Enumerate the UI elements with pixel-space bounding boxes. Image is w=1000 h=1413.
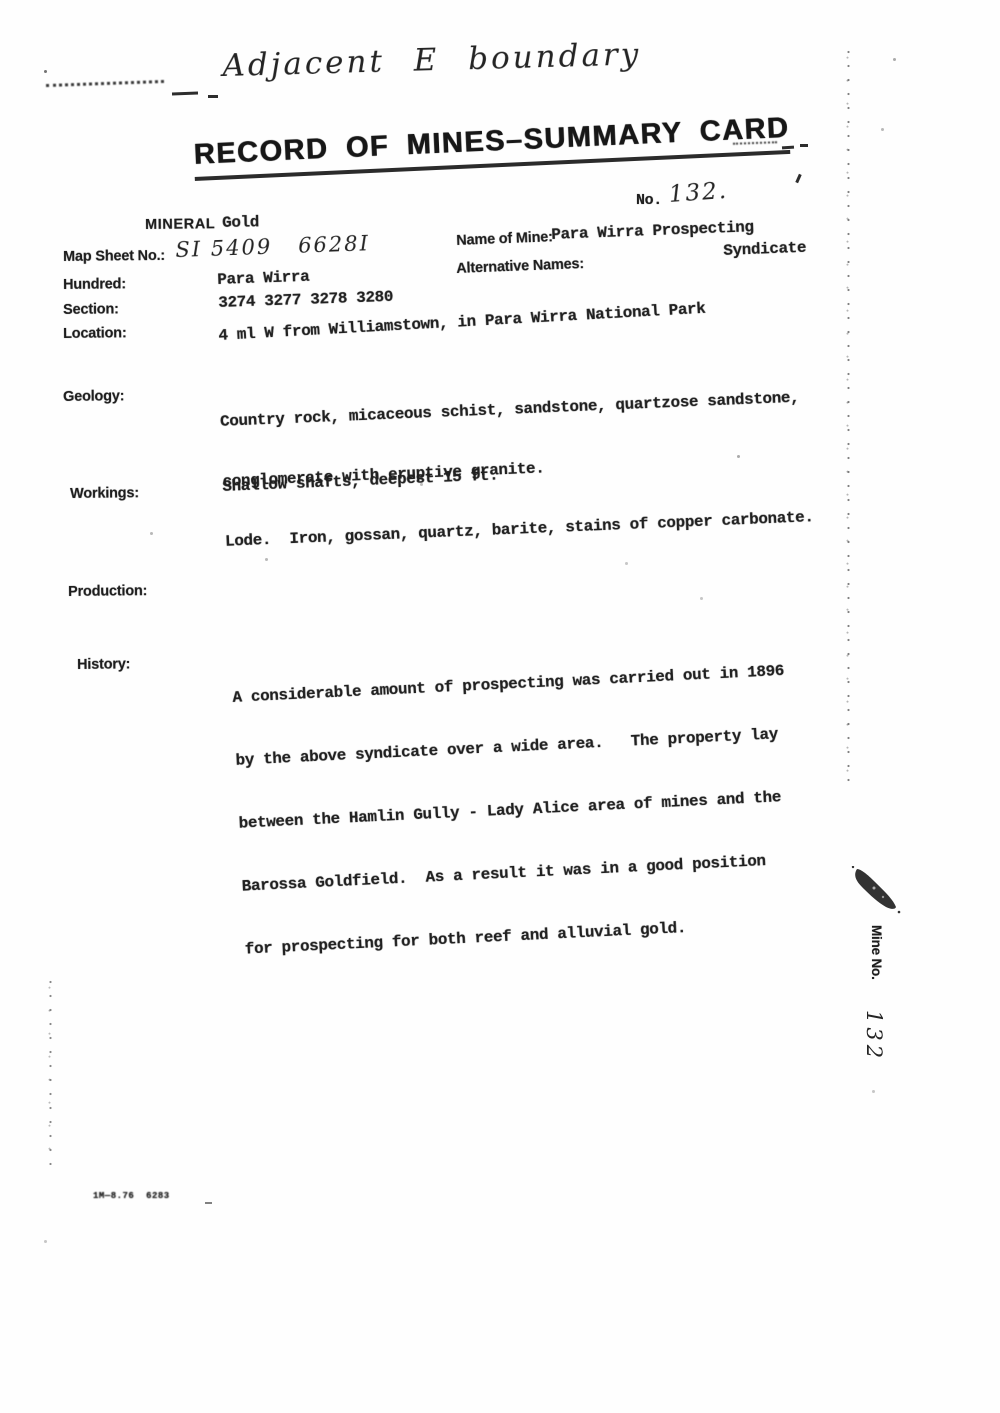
history-label: History: <box>77 656 130 673</box>
scan-speck <box>44 1240 47 1243</box>
history-line: by the above syndicate over a wide area.… <box>235 724 787 772</box>
scan-smudge-dash <box>800 144 808 147</box>
history-line: between the Hamlin Gully - Lady Alice ar… <box>238 787 790 835</box>
scan-noise-left <box>47 975 56 1165</box>
handwritten-note: Adjacent E boundary <box>222 36 642 84</box>
map-sheet-label: Map Sheet No.: <box>63 248 165 265</box>
alternative-names-label: Alternative Names: <box>456 256 584 277</box>
location-label: Location: <box>63 325 127 342</box>
scanned-mine-record-card: Adjacent E boundary RECORD OF MINES–SUMM… <box>0 0 1000 1413</box>
ink-blob <box>850 866 906 920</box>
scan-speck <box>44 70 47 73</box>
pen-dash <box>172 92 198 96</box>
name-of-mine-label: Name of Mine: <box>456 229 553 249</box>
history-line: for prospecting for both reef and alluvi… <box>244 913 796 961</box>
geology-line: Lode. Iron, gossan, quartz, barite, stai… <box>225 507 814 552</box>
production-label: Production: <box>68 583 147 600</box>
mine-no-vertical-label: Mine No. <box>869 925 884 980</box>
pen-dash <box>208 95 218 98</box>
scan-speck <box>737 455 740 458</box>
scan-speck <box>872 1090 875 1093</box>
scan-speck <box>700 597 703 600</box>
scan-smudge-dash <box>782 146 794 150</box>
history-line: Barossa Goldfield. As a result it was in… <box>241 850 793 898</box>
hundred-value: Para Wirra <box>217 268 310 289</box>
form-imprint: 1M—8.76 6283 <box>93 1191 170 1201</box>
card-number-value: 132. <box>668 178 729 208</box>
section-label: Section: <box>63 301 119 318</box>
scan-speck <box>893 58 896 61</box>
geology-label: Geology: <box>63 388 124 405</box>
geology-line: Country rock, micaceous schist, sandston… <box>220 387 809 432</box>
scan-smudge-tick <box>795 174 801 183</box>
scan-speck <box>625 562 628 565</box>
mineral-label: MINERAL <box>145 216 215 233</box>
hundred-label: Hundred: <box>63 276 126 293</box>
history-line: A considerable amount of prospecting was… <box>232 661 784 709</box>
mineral-value: Gold <box>222 213 259 232</box>
map-sheet-value: SI 5409 6628I <box>175 231 370 262</box>
name-of-mine-value: Para Wirra Prospecting <box>551 218 754 244</box>
history-value: A considerable amount of prospecting was… <box>230 619 799 1003</box>
page-title: RECORD OF MINES–SUMMARY CARD <box>193 112 790 181</box>
mine-no-vertical-value: 132 <box>862 1010 886 1062</box>
scan-noise-right <box>845 45 854 790</box>
geology-value: Country rock, micaceous schist, sandston… <box>218 347 816 591</box>
scan-speck <box>265 558 268 561</box>
scan-speck <box>150 532 153 535</box>
scan-speck <box>881 128 884 131</box>
imprint-dash <box>205 1202 212 1204</box>
pen-scribble <box>46 80 164 87</box>
workings-label: Workings: <box>70 485 139 502</box>
section-value: 3274 3277 3278 3280 <box>218 288 393 312</box>
scan-speck <box>420 483 423 486</box>
name-of-mine-value-line2: Syndicate <box>723 239 806 260</box>
card-number-label: No. <box>636 192 662 209</box>
